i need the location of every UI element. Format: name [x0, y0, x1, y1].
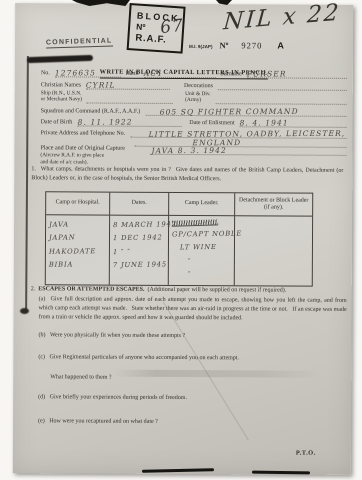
col-header-block-leader: Detachment or Block Leader (if any). [235, 193, 312, 216]
row-capture: Place and Date of Original Capture (Airc… [40, 145, 346, 167]
ref-no-label: Nº [219, 40, 228, 50]
rank-field: AC1 [143, 68, 215, 78]
row-squadron: Squadron and Command (R.A.F., A.A.F.) 60… [41, 105, 347, 117]
dates-cell: 8 MARCH 1942 [113, 218, 165, 232]
unit-label-line2: (Army) [185, 97, 211, 104]
block-leader-cell [238, 219, 309, 220]
row-dates: Date of Birth 8. 11. 1922 Date of Enlist… [41, 116, 347, 128]
ref-number: 9270 [241, 40, 262, 50]
scribbled-out-text [172, 219, 218, 226]
christian-names-value: CYRIL [86, 80, 116, 89]
squadron-label: Squadron and Command (R.A.F., A.A.F.) [41, 108, 141, 116]
enlist-label: Date of Enlistment [189, 120, 234, 127]
christian-names-field: CYRIL [86, 79, 170, 89]
question-2d-text: (d) Give briefly your experiences during… [38, 393, 346, 404]
surname-value: PURSER [247, 69, 287, 78]
ink-smudge [20, 308, 29, 314]
no-field: 1276635 [55, 67, 121, 77]
col-header-camp: Camp or Hospital. [46, 192, 110, 215]
question-2b-text: (b) Were you physically fit when you mad… [38, 331, 346, 342]
raf-block-stamp: BLOCK Nº R.A.F. 67 [127, 3, 186, 54]
camps-table: Camp or Hospital. Dates. Camp Leader. De… [45, 191, 313, 286]
dates-cell: 1 ″ ″ [113, 245, 165, 259]
no-value: 1276635 [55, 68, 96, 77]
ref-copy-letter: A [277, 40, 284, 50]
christian-names-label: Christian Names [41, 82, 81, 89]
dates-column: 8 MARCH 1942 1 DEC 1942 1 ″ ″ 7 JUNE 194… [110, 216, 169, 285]
camp-cell: BIBIA [49, 258, 106, 272]
dates-cell: 7 JUNE 1945 [113, 258, 165, 272]
row-ship-unit: Ship (R.N., U.S.N. or Merchant Navy) Uni… [41, 90, 347, 105]
no-label: No. [41, 70, 50, 77]
camp-cell: JAPAN [49, 231, 106, 245]
surname-field: PURSER [247, 68, 347, 79]
reference-line: M.I. 9(JAP) Nº 9270 A [189, 40, 284, 50]
dob-value: 8. 11. 1922 [77, 117, 132, 126]
leader-column: GP/CAPT NOBLE LT WINE ″ ″ [169, 216, 235, 285]
row-christian-decorations: Christian Names CYRIL Decorations [41, 79, 347, 91]
rank-value: AC1 [143, 69, 162, 78]
pto-label: P.T.O. [296, 450, 316, 457]
row-no-rank-surname: No. 1276635 Rank AC1 Surname PURSER [41, 67, 347, 79]
ship-label-line2: or Merchant Navy) [41, 97, 82, 104]
capture-label: Place and Date of Original Capture (Airc… [40, 145, 146, 166]
camp-column: JAVA JAPAN HAKODATE BIBIA [46, 215, 110, 284]
handwritten-block-number: 67 [159, 16, 185, 38]
question-1-text: 1. What camps, detachments or hospitals … [31, 165, 343, 185]
enlist-value: 8. 4. 1941 [240, 118, 289, 127]
confidential-stamp: CONFIDENTIAL [46, 37, 113, 48]
squadron-field: 605 SQ FIGHTER COMMAND [145, 106, 347, 117]
dob-label: Date of Birth [41, 119, 73, 126]
col-header-leader: Camp Leader. [169, 193, 235, 216]
question-2e-text: (e) How were you recaptured and on what … [38, 417, 346, 428]
section-2-number: 2. [31, 286, 36, 292]
section-2-note: (Additional paper will be supplied on re… [147, 287, 286, 294]
section-2-title: ESCAPES OR ATTEMPTED ESCAPES. [38, 286, 144, 293]
question-2c-text: (c) Give Regimental particulars of anyon… [38, 353, 346, 364]
capture-field: JAVA 8. 3. 1942 [151, 146, 346, 156]
leader-cell: ″ [188, 254, 231, 268]
question-2a-text: (a) Give full description and approx. da… [39, 295, 347, 324]
dates-cell: 1 DEC 1942 [113, 232, 165, 246]
document-page: CONFIDENTIAL BLOCK Nº R.A.F. 67 NIL x 22… [13, 3, 353, 475]
ship-label: Ship (R.N., U.S.N. or Merchant Navy) [41, 90, 82, 103]
surname-label: Surname [220, 71, 241, 78]
unit-field [216, 94, 347, 105]
camp-cell: HAKODATE [49, 245, 106, 259]
squadron-value: 605 SQ FIGHTER COMMAND [159, 107, 298, 117]
ship-field [87, 93, 173, 103]
mi9-dept-label: M.I. 9(JAP) [189, 44, 213, 49]
enlist-field: 8. 4. 1941 [240, 117, 347, 128]
leader-cell: LT WINE [180, 241, 231, 255]
section-2-heading: 2. ESCAPES OR ATTEMPTED ESCAPES. (Additi… [31, 285, 347, 296]
question-2c2-text: What happened to them ? [50, 373, 346, 384]
block-leader-column [235, 216, 312, 285]
unit-label: Unit & Div. (Army) [185, 91, 211, 104]
capture-value: JAVA 8. 3. 1942 [151, 146, 226, 155]
decorations-label: Decorations [184, 83, 213, 90]
leader-cell: ″ [188, 268, 231, 282]
decorations-field [218, 80, 347, 91]
rank-label: Rank [126, 71, 139, 78]
handwritten-nil-note: NIL x 22 [222, 0, 341, 35]
leader-cell: GP/CAPT NOBLE [172, 228, 231, 242]
col-header-dates: Dates. [110, 193, 169, 216]
dob-field: 8. 11. 1922 [77, 116, 181, 127]
camp-cell: JAVA [49, 218, 106, 232]
address-label: Private Address and Telephone No. [41, 130, 126, 138]
